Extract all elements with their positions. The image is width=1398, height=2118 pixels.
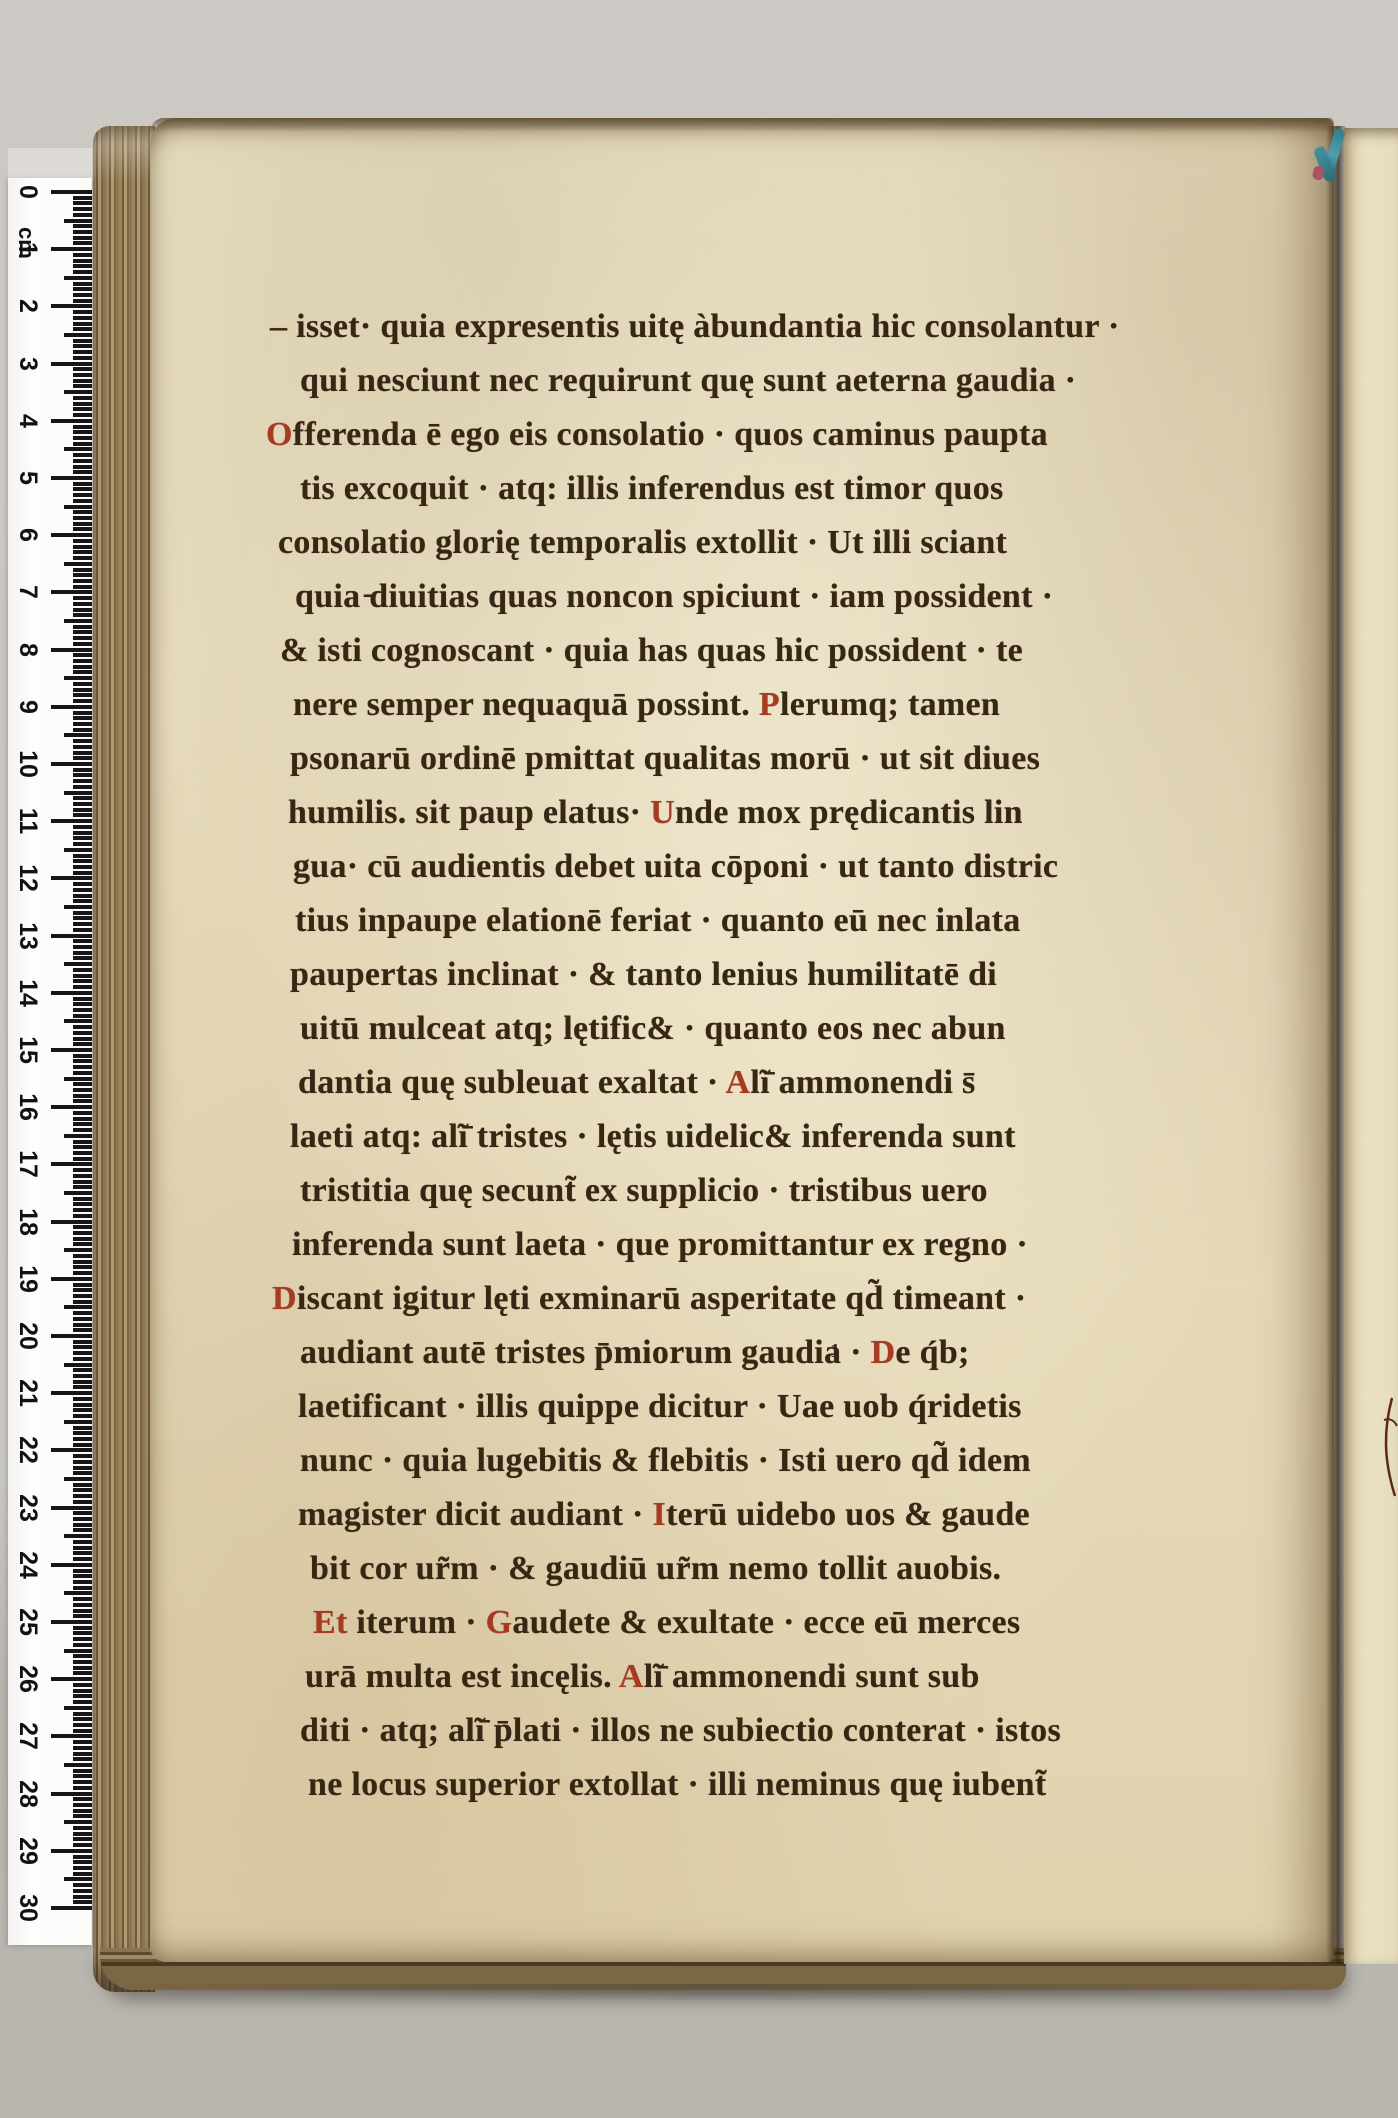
ruler-tick <box>73 1317 92 1321</box>
ruler-tick <box>73 1483 92 1487</box>
ink-text: diuitias quas noncon spiciunt · iam poss… <box>369 578 1053 615</box>
ink-text: tis excoquit · atq: illis inferendus est… <box>300 470 1004 507</box>
ink-text: iterum · <box>348 1604 486 1641</box>
ruler-tick <box>64 619 92 623</box>
ruler-tick <box>51 1162 92 1166</box>
ruler-tick <box>73 1231 92 1235</box>
ruler-unit-label: cm <box>15 227 39 257</box>
ruler-tick <box>73 207 92 211</box>
text-line: consolatio glorię temporalis extollit · … <box>278 516 1007 570</box>
ruler-tick <box>73 539 92 543</box>
rubricated-initial: A <box>619 1658 644 1695</box>
ruler-tick <box>73 1654 92 1658</box>
ruler-tick <box>73 516 92 520</box>
ruler-tick <box>51 533 92 537</box>
text-line: Et iterum · Gaudete & exultate · ecce eū… <box>313 1596 1020 1650</box>
ruler-tick <box>73 1717 92 1721</box>
ruler-tick <box>73 745 92 749</box>
book-gutter <box>1326 126 1346 1964</box>
ruler-tick <box>73 1609 92 1613</box>
text-line: laeti atq: alĩ̄ tristes · lętis uidelic&… <box>290 1110 1016 1164</box>
text-line: urā multa est incęlis. Alĩ̄ ammonendi su… <box>305 1650 980 1704</box>
ruler-tick <box>73 264 92 268</box>
ruler-tick <box>51 934 92 938</box>
ruler-tick <box>73 527 92 531</box>
ruler-tick <box>73 1832 92 1836</box>
ruler-tick <box>73 596 92 600</box>
ruler-number: 17 <box>12 1147 42 1181</box>
ruler-tick <box>73 1225 92 1229</box>
ink-text: nde mox prędicantis lin <box>675 794 1023 831</box>
ink-text: inferenda sunt laeta · que promittantur … <box>292 1226 1028 1263</box>
ruler-tick <box>73 699 92 703</box>
ruler-tick <box>73 1643 92 1647</box>
ruler-tick <box>73 974 92 978</box>
ink-text: laeti atq: alĩ̄ tristes · lętis uidelic&… <box>290 1118 1016 1155</box>
ruler-tick <box>73 1883 92 1887</box>
ruler-tick <box>73 1523 92 1527</box>
ruler-tick <box>73 470 92 474</box>
ruler-tick <box>73 808 92 812</box>
ruler-tick <box>73 1471 92 1475</box>
ruler-tick <box>73 1637 92 1641</box>
ruler-tick <box>73 550 92 554</box>
ruler-tick <box>73 1872 92 1876</box>
ruler-tick <box>73 1723 92 1727</box>
ruler-number: 3 <box>12 347 42 381</box>
ruler-tick <box>73 831 92 835</box>
ruler-tick <box>73 487 92 491</box>
text-line: psonarū ordinē pmittat qualitas morū · u… <box>290 732 1040 786</box>
ruler-tick <box>73 1517 92 1521</box>
ruler-tick <box>73 985 92 989</box>
ruler-tick <box>73 602 92 606</box>
ruler-tick <box>73 413 92 417</box>
ruler-tick <box>73 865 92 869</box>
text-line: magister dicit audiant · Iterū uidebo uo… <box>298 1488 1030 1542</box>
bookmark-thread-knot <box>1311 165 1325 181</box>
ruler-tick <box>73 951 92 955</box>
ruler-tick <box>73 442 92 446</box>
ruler-tick <box>73 711 92 715</box>
ink-text: tristitia quę secunt̃ ex supplicio · tri… <box>300 1172 988 1209</box>
ruler-tick <box>73 1494 92 1498</box>
ruler-tick <box>73 1059 92 1063</box>
ruler-tick <box>73 636 92 640</box>
ruler-tick <box>73 1151 92 1155</box>
ruler-tick <box>73 1551 92 1555</box>
ruler-tick <box>73 1265 92 1269</box>
ruler-tick <box>73 1843 92 1847</box>
ruler-tick <box>73 1117 92 1121</box>
ruler-tick <box>73 1340 92 1344</box>
rubricated-initial: A <box>725 1064 750 1101</box>
rubricated-initial: G <box>486 1604 513 1641</box>
text-line: humilis. sit paup elatus· Unde mox prędi… <box>288 786 1023 840</box>
ruler-tick <box>64 905 92 909</box>
bookmark-thread <box>1310 126 1360 198</box>
ruler-tick <box>73 1237 92 1241</box>
ruler-tick <box>73 1088 92 1092</box>
ruler-tick <box>73 493 92 497</box>
ruler-tick <box>73 241 92 245</box>
ink-text: – isset· quia expresentis uitę àbundanti… <box>270 308 1120 345</box>
ink-text: lerumq; tamen <box>780 686 1000 723</box>
ruler-tick <box>73 997 92 1001</box>
ruler-tick <box>73 545 92 549</box>
ruler-tick <box>64 1077 92 1081</box>
ruler-tick <box>73 1746 92 1750</box>
ruler-tick <box>51 648 92 652</box>
ruler-number: 2 <box>12 289 42 323</box>
ink-text: ne locus superior extollat · illi neminu… <box>308 1766 1047 1803</box>
ruler-tick <box>73 1803 92 1807</box>
ruler-tick <box>73 522 92 526</box>
ruler-number: 27 <box>12 1719 42 1753</box>
rubricated-initial: D <box>272 1280 297 1317</box>
ruler-tick <box>73 510 92 514</box>
ruler-tick <box>73 1809 92 1813</box>
rubricated-initial: I <box>652 1496 666 1533</box>
ruler-tick <box>73 1214 92 1218</box>
ruler-tick <box>73 1031 92 1035</box>
ruler-tick <box>73 779 92 783</box>
ruler-tick <box>73 299 92 303</box>
ruler-tick <box>73 1426 92 1430</box>
ruler-tick <box>64 1534 92 1538</box>
book-cast-shadow <box>110 1984 1350 2000</box>
ruler-tick <box>73 1866 92 1870</box>
ruler-tick <box>73 882 92 886</box>
ink-text: psonarū ordinē pmittat qualitas morū · u… <box>290 740 1040 777</box>
ruler-tick <box>73 1037 92 1041</box>
ruler-tick <box>51 819 92 823</box>
ink-text: urā multa est incęlis. <box>305 1658 619 1695</box>
ruler-tick <box>73 1174 92 1178</box>
ruler-tick <box>73 556 92 560</box>
ruler-tick <box>64 1363 92 1367</box>
text-line: qui nesciunt nec requirunt quę sunt aete… <box>300 354 1076 408</box>
ruler-tick <box>73 573 92 577</box>
ruler-tick <box>73 1814 92 1818</box>
ruler-tick <box>73 1283 92 1287</box>
ruler-tick <box>73 928 92 932</box>
ruler-tick <box>73 802 92 806</box>
ruler-tick <box>73 1099 92 1103</box>
ruler-number: 22 <box>12 1433 42 1467</box>
ruler-tick <box>73 854 92 858</box>
ruler-tick <box>73 813 92 817</box>
ruler-number: 5 <box>12 461 42 495</box>
ruler-tick <box>73 339 92 343</box>
ink-text: diti · atq; alĩ̄ p̄lati · illos ne subie… <box>300 1712 1061 1749</box>
ruler-tick <box>73 916 92 920</box>
ruler-tick <box>73 1466 92 1470</box>
ruler-tick <box>73 1202 92 1206</box>
text-line: nere semper nequaquā possint. Plerumq; t… <box>293 678 1000 732</box>
ruler-tick <box>73 665 92 669</box>
ruler-tick <box>51 1563 92 1567</box>
ruler-number: 13 <box>12 919 42 953</box>
ruler-tick <box>73 1889 92 1893</box>
ruler-number: 14 <box>12 976 42 1010</box>
ruler-tick <box>73 465 92 469</box>
ruler-tick <box>73 1569 92 1573</box>
ruler-tick <box>73 728 92 732</box>
ruler-number: 28 <box>12 1777 42 1811</box>
ruler-tick <box>64 1191 92 1195</box>
facing-page-strip <box>1344 128 1398 1964</box>
ink-text: humilis. sit paup elatus· <box>288 794 650 831</box>
cm-ruler: 0123456789101112131415161718192021222324… <box>8 178 92 1945</box>
ruler-number: 12 <box>12 861 42 895</box>
ink-text: fferenda ē ego eis consolatio · quos cam… <box>293 416 1048 453</box>
ink-text: audiant autē tristes p̄miorum gaudia · <box>300 1334 871 1371</box>
text-line: gua· cū audientis debet uita cōponi · ut… <box>293 840 1058 894</box>
ruler-tick <box>73 1025 92 1029</box>
ruler-tick <box>73 1168 92 1172</box>
ruler-tick <box>73 1546 92 1550</box>
ruler-tick <box>73 1431 92 1435</box>
ruler-tick <box>73 796 92 800</box>
ruler-tick <box>73 1580 92 1584</box>
ruler-tick <box>73 1300 92 1304</box>
ruler-tick <box>64 1134 92 1138</box>
ruler-tick <box>73 402 92 406</box>
ruler-tick <box>73 888 92 892</box>
ruler-tick <box>73 253 92 257</box>
ruler-number: 16 <box>12 1090 42 1124</box>
ink-text: iscant igitur lęti exminarū asperitate q… <box>297 1280 1027 1317</box>
ink-text: nunc · quia lugebitis & flebitis · Isti … <box>300 1442 1031 1479</box>
ruler-tick <box>64 848 92 852</box>
ruler-tick <box>73 344 92 348</box>
ruler-number: 4 <box>12 404 42 438</box>
ruler-tick <box>73 1557 92 1561</box>
ruler-tick <box>64 1305 92 1309</box>
ruler-number: 24 <box>12 1548 42 1582</box>
ruler-tick <box>73 1288 92 1292</box>
ruler-tick <box>73 630 92 634</box>
ruler-tick <box>73 1774 92 1778</box>
ruler-tick <box>73 350 92 354</box>
ruler-number: 15 <box>12 1033 42 1067</box>
ruler-tick <box>73 1380 92 1384</box>
ruler-number: 25 <box>12 1605 42 1639</box>
text-line: laetificant · illis quippe dicitur · Uae… <box>298 1380 1022 1434</box>
ruler-tick <box>64 1420 92 1424</box>
ruler-tick <box>73 1403 92 1407</box>
ruler-tick <box>73 201 92 205</box>
ruler-tick <box>73 1054 92 1058</box>
ruler-tick <box>73 459 92 463</box>
ruler-tick <box>73 768 92 772</box>
ruler-tick <box>73 1094 92 1098</box>
ruler-tick <box>64 1248 92 1252</box>
ruler-tick <box>73 939 92 943</box>
ruler-tick <box>73 1242 92 1246</box>
ink-text: lĩ̄ ammonendi sunt sub <box>644 1658 980 1695</box>
ruler-tick <box>73 1488 92 1492</box>
ruler-tick <box>73 1614 92 1618</box>
ruler-tick <box>73 922 92 926</box>
ruler-tick <box>73 499 92 503</box>
ink-text: quia <box>295 578 369 615</box>
ruler-tick <box>64 1591 92 1595</box>
ruler-tick <box>64 733 92 737</box>
ruler-tick <box>73 1757 92 1761</box>
ruler-tick <box>73 899 92 903</box>
ruler-tick <box>73 1140 92 1144</box>
ruler-tick <box>64 962 92 966</box>
rubricated-initial: Et <box>313 1604 348 1641</box>
ruler-tick <box>73 1157 92 1161</box>
ink-text: laetificant · illis quippe dicitur · Uae… <box>298 1388 1022 1425</box>
ink-text: paupertas inclinat · & tanto lenius humi… <box>290 956 997 993</box>
ruler-tick <box>73 1128 92 1132</box>
ink-text: qui nesciunt nec requirunt quę sunt aete… <box>300 362 1076 399</box>
ruler-tick <box>73 859 92 863</box>
ruler-tick <box>73 270 92 274</box>
ruler-tick <box>51 1391 92 1395</box>
ruler-tick <box>73 482 92 486</box>
ruler-tick <box>73 1002 92 1006</box>
ruler-tick <box>73 739 92 743</box>
ruler-tick <box>73 979 92 983</box>
ruler-tick <box>51 1849 92 1853</box>
ruler-tick <box>73 825 92 829</box>
ruler-tick <box>73 1511 92 1515</box>
ruler-number: 20 <box>12 1319 42 1353</box>
ruler-tick <box>73 1208 92 1212</box>
ruler-tick <box>73 453 92 457</box>
ruler-tick <box>51 991 92 995</box>
ruler-tick <box>73 968 92 972</box>
ruler-tick <box>73 1626 92 1630</box>
ruler-tick <box>73 430 92 434</box>
ruler-tick <box>51 419 92 423</box>
ruler-tick <box>64 1820 92 1824</box>
ruler-tick <box>73 1855 92 1859</box>
text-line: tius inpaupe elationē feriat · quanto eū… <box>295 894 1021 948</box>
ink-text: gua· cū audientis debet uita cōponi · ut… <box>293 848 1058 885</box>
ruler-tick <box>73 1311 92 1315</box>
text-line: bit cor ur̃m · & gaudiū ur̃m nemo tollit… <box>310 1542 1001 1596</box>
ruler-tick <box>73 1042 92 1046</box>
ruler-number: 19 <box>12 1262 42 1296</box>
ruler-number: 18 <box>12 1205 42 1239</box>
ruler-tick <box>73 1540 92 1544</box>
ruler-tick <box>73 1437 92 1441</box>
ruler-number: 29 <box>12 1834 42 1868</box>
ruler-tick <box>73 356 92 360</box>
ruler-tick <box>51 362 92 366</box>
text-line: Discant igitur lęti exminarū asperitate … <box>272 1272 1026 1326</box>
ruler-tick <box>73 327 92 331</box>
ruler-tick <box>73 1071 92 1075</box>
ruler-tick <box>73 716 92 720</box>
ruler-tick <box>73 224 92 228</box>
ruler-tick <box>51 1792 92 1796</box>
ruler-tick <box>51 1506 92 1510</box>
ruler-tick <box>73 1752 92 1756</box>
ruler-tick <box>73 613 92 617</box>
ruler-tick <box>64 1706 92 1710</box>
ruler-tick <box>73 1671 92 1675</box>
ruler-tick <box>73 670 92 674</box>
ruler-tick <box>73 1597 92 1601</box>
ruler-number: 9 <box>12 690 42 724</box>
ruler-tick <box>64 562 92 566</box>
ruler-tick <box>73 1631 92 1635</box>
ruler-tick <box>73 1111 92 1115</box>
ruler-tick <box>73 1197 92 1201</box>
ruler-tick <box>73 373 92 377</box>
ruler-tick <box>73 236 92 240</box>
marginal-mark: 1 <box>830 1340 840 1363</box>
manuscript-text: – isset· quia expresentis uitę àbundanti… <box>150 118 1334 1962</box>
ruler-tick <box>73 1700 92 1704</box>
ruler-tick <box>73 911 92 915</box>
text-line: dantia quę subleuat exaltat · Alĩ̄ ammon… <box>298 1056 976 1110</box>
ruler-tick <box>73 1345 92 1349</box>
manuscript-page: – isset· quia expresentis uitę àbundanti… <box>150 118 1334 1962</box>
ruler-tick <box>51 1677 92 1681</box>
ink-text: bit cor ur̃m · & gaudiū ur̃m nemo tollit… <box>310 1550 1001 1587</box>
ruler-tick <box>73 379 92 383</box>
ruler-tick <box>73 1860 92 1864</box>
ruler-tick <box>64 1649 92 1653</box>
ruler-tick <box>73 293 92 297</box>
ruler-tick <box>73 396 92 400</box>
ruler-tick <box>73 659 92 663</box>
ruler-tick <box>73 653 92 657</box>
ink-text: consolatio glorię temporalis extollit · … <box>278 524 1007 561</box>
ruler-tick <box>73 1460 92 1464</box>
text-line: tis excoquit · atq: illis inferendus est… <box>300 462 1004 516</box>
ruler-number: 8 <box>12 633 42 667</box>
ruler-tick <box>51 1734 92 1738</box>
ruler-tick <box>73 625 92 629</box>
ruler-tick <box>73 1122 92 1126</box>
ruler-tick <box>51 1277 92 1281</box>
ruler-tick <box>73 1683 92 1687</box>
text-line: inferenda sunt laeta · que promittantur … <box>292 1218 1028 1272</box>
ruler-tick <box>73 836 92 840</box>
ruler-tick <box>64 505 92 509</box>
ruler-tick <box>51 476 92 480</box>
ruler-tick <box>73 310 92 314</box>
ruler-number: 6 <box>12 518 42 552</box>
text-line: tristitia quę secunt̃ ex supplicio · tri… <box>300 1164 988 1218</box>
ink-text: dantia quę subleuat exaltat · <box>298 1064 725 1101</box>
ruler-tick <box>73 1729 92 1733</box>
ruler-tick <box>73 316 92 320</box>
rubricated-initial: P <box>759 686 780 723</box>
text-line: & isti cognoscant · quia has quas hic po… <box>280 624 1023 678</box>
ruler-tick <box>73 1786 92 1790</box>
ruler-tick <box>73 1603 92 1607</box>
ruler-tick <box>64 276 92 280</box>
ruler-tick <box>51 304 92 308</box>
ruler-tick <box>73 1065 92 1069</box>
ruler-tick <box>73 196 92 200</box>
ruler-tick <box>73 1454 92 1458</box>
ruler-tick <box>73 1351 92 1355</box>
ruler-tick <box>73 259 92 263</box>
ruler-tick <box>73 1895 92 1899</box>
ruler-number: 21 <box>12 1376 42 1410</box>
